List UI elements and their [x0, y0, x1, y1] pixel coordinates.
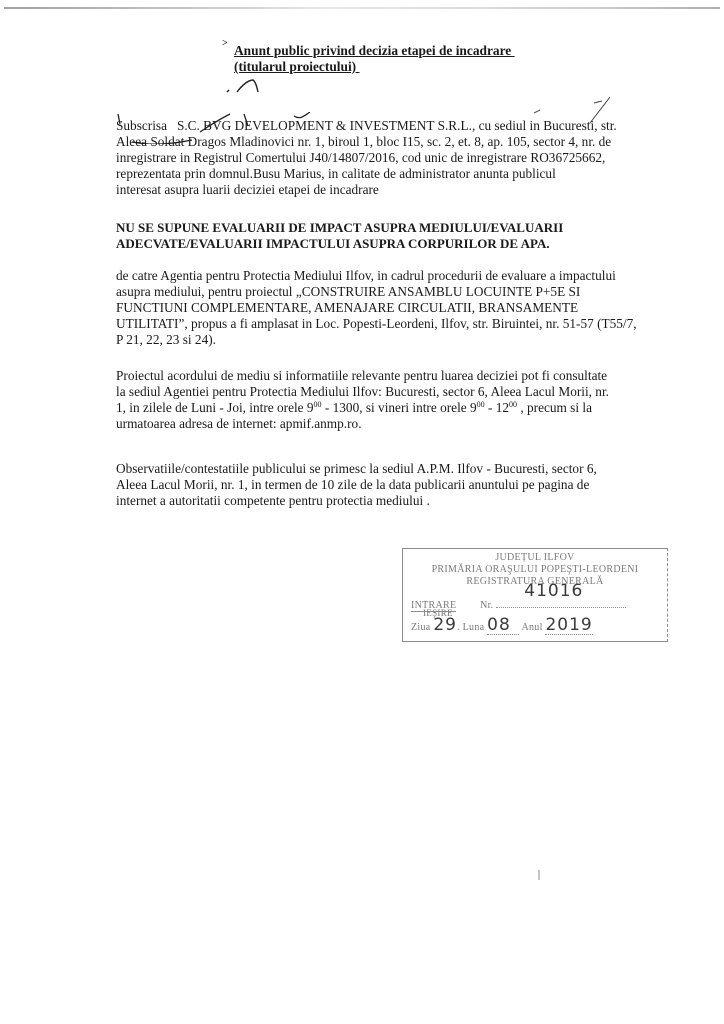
stamp-nr-label: Nr. — [480, 600, 493, 611]
text-line: Observatiile/contestatiile publicului se… — [116, 461, 676, 477]
title-line: Anunt public privind decizia etapei de i… — [234, 43, 515, 59]
text-line: interesat asupra luarii deciziei etapei … — [116, 182, 676, 198]
text-line: asupra mediului, pentru proiectul „CONST… — [116, 284, 676, 300]
text-line: Subscrisa S.C. BVG DEVELOPMENT & INVESTM… — [116, 118, 676, 134]
stamp-month-label: Luna — [463, 622, 485, 633]
stamp-year-label: Anul — [521, 622, 542, 633]
stamp-day-value: 29 — [433, 615, 457, 635]
text-line: ADECVATE/EVALUARII IMPACTULUI ASUPRA COR… — [116, 236, 676, 252]
superscript: 00 — [509, 400, 517, 409]
text-line: de catre Agentia pentru Protectia Mediul… — [116, 268, 676, 284]
text-fragment: , precum si la — [517, 400, 592, 415]
text-line: UTILITATI”, propus a fi amplasat in Loc.… — [116, 316, 676, 332]
text-line: urmatoarea adresa de internet: apmif.anm… — [116, 416, 676, 432]
decision-heading: NU SE SUPUNE EVALUARII DE IMPACT ASUPRA … — [116, 220, 676, 252]
stamp-month-value: 08 — [487, 615, 511, 635]
paragraph-observations: Observatiile/contestatiile publicului se… — [116, 461, 676, 509]
stamp-number-value: 41016 — [524, 585, 583, 597]
document-title: Anunt public privind decizia etapei de i… — [234, 43, 515, 75]
scan-speck-icon — [536, 868, 542, 888]
text-line: la sediul Agentiei pentru Protectia Medi… — [116, 384, 676, 400]
bullet-mark: > — [222, 38, 228, 49]
text-line: Aleea Soldat Dragos Mladinovici nr. 1, b… — [116, 134, 676, 150]
paragraph-project: de catre Agentia pentru Protectia Mediul… — [116, 268, 676, 348]
paragraph-applicant: Subscrisa S.C. BVG DEVELOPMENT & INVESTM… — [116, 118, 676, 198]
stamp-town-hall: PRIMĂRIA ORAŞULUI POPEŞTI-LEORDENI — [403, 564, 667, 576]
stamp-year-value: 2019 — [545, 615, 592, 635]
scan-edge-artifact — [4, 7, 720, 9]
text-line: P 21, 22, 23 si 24). — [116, 332, 676, 348]
text-line: Aleea Lacul Morii, nr. 1, in termen de 1… — [116, 477, 676, 493]
paragraph-consultation: Proiectul acordului de mediu si informat… — [116, 368, 676, 432]
text-line-hours: 1, in zilele de Luni - Joi, intre orele … — [116, 400, 676, 416]
superscript: 00 — [314, 400, 322, 409]
stamp-day-label: Ziua — [411, 622, 431, 633]
text-line: reprezentata prin domnul.Busu Marius, in… — [116, 166, 676, 182]
title-line: (titularul proiectului) — [234, 59, 515, 75]
text-line: internet a autoritatii competente pentru… — [116, 493, 676, 509]
stamp-county: JUDEȚUL ILFOV — [403, 552, 667, 564]
text-fragment: - 1300, si vineri intre orele 9 — [322, 400, 477, 415]
text-line: FUNCTIUNI COMPLEMENTARE, AMENAJARE CIRCU… — [116, 300, 676, 316]
stamp-date-row: Ziua 29. Luna 08 Anul 2019 — [411, 619, 593, 635]
registry-stamp: JUDEȚUL ILFOV PRIMĂRIA ORAŞULUI POPEŞTI-… — [402, 548, 668, 642]
text-fragment: - 12 — [485, 400, 509, 415]
text-fragment: 1, in zilele de Luni - Joi, intre orele … — [116, 400, 314, 415]
text-line: NU SE SUPUNE EVALUARII DE IMPACT ASUPRA … — [116, 220, 676, 236]
superscript: 00 — [477, 400, 485, 409]
handwritten-mark-icon — [225, 76, 265, 96]
text-line: Proiectul acordului de mediu si informat… — [116, 368, 676, 384]
text-line: inregistrare in Registrul Comertului J40… — [116, 150, 676, 166]
